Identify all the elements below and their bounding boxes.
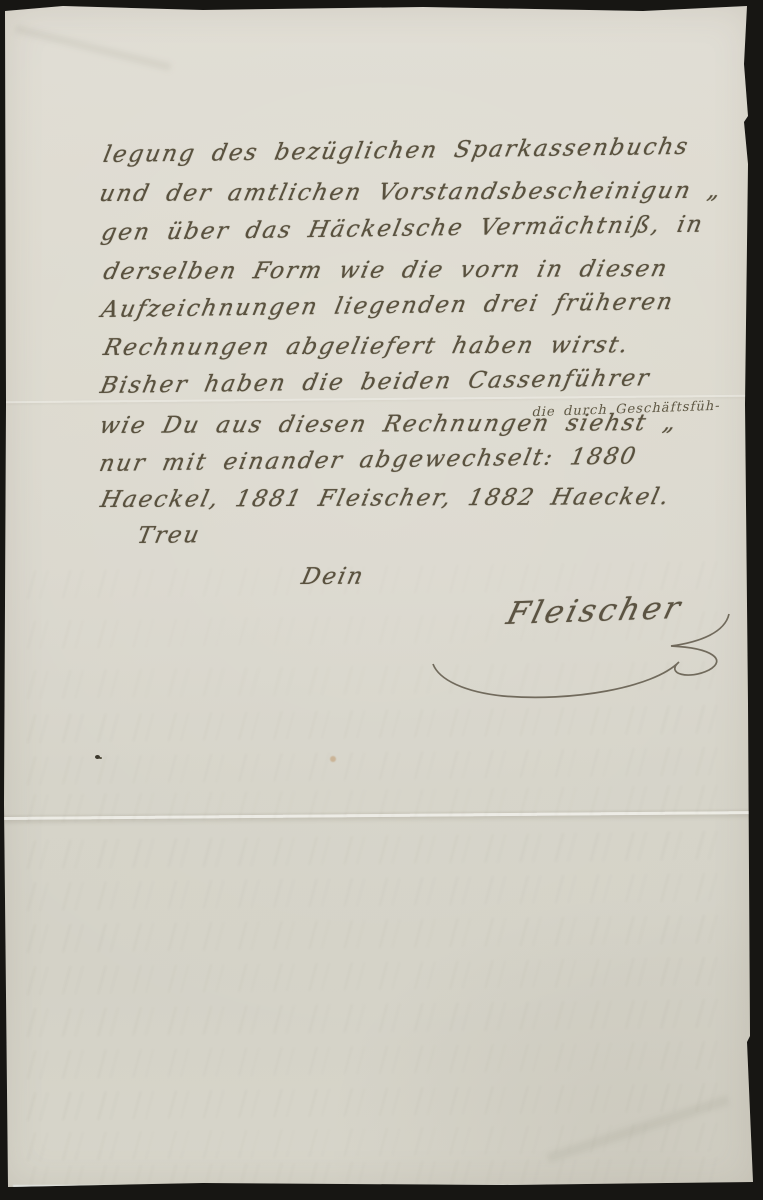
bleedthrough-row xyxy=(27,747,724,785)
signature-flourish-icon xyxy=(421,592,746,710)
handwritten-line: legung des bezüglichen Sparkassenbuchs xyxy=(101,134,692,168)
handwritten-line: wie Du aus diesen Rechnungen siehst „ xyxy=(97,410,680,439)
scanned-letter-page: legung des bezüglichen Sparkassenbuchs u… xyxy=(0,0,763,1200)
bleedthrough-row xyxy=(27,999,724,1037)
valediction: Treu xyxy=(135,522,203,549)
handwritten-line: nur mit einander abgewechselt: 1880 xyxy=(97,444,640,477)
bleedthrough-row xyxy=(27,915,724,953)
handwritten-line: Haeckel, 1881 Fleischer, 1882 Haeckel. xyxy=(98,484,673,513)
letter-paper: legung des bezüglichen Sparkassenbuchs u… xyxy=(3,4,754,1189)
paper-bottom-edge-highlight xyxy=(13,1185,740,1188)
handwritten-line: Aufzeichnungen liegenden drei früheren xyxy=(99,289,677,323)
paper-stain xyxy=(330,756,336,762)
bleedthrough-row xyxy=(27,705,724,743)
wrinkle-shadow xyxy=(14,25,171,71)
bleedthrough-row xyxy=(27,873,724,911)
ink-speck xyxy=(95,755,100,759)
handwritten-line: Bisher haben die beiden Cassenführer xyxy=(98,365,653,399)
handwritten-line: Rechnungen abgeliefert haben wirst. xyxy=(101,332,632,361)
handwritten-line: derselben Form wie die vorn in diesen xyxy=(101,256,671,285)
bleedthrough-row xyxy=(27,1083,724,1121)
closing-pronoun: Dein xyxy=(299,564,367,590)
bleedthrough-row xyxy=(27,957,724,995)
bleedthrough-row xyxy=(27,785,724,823)
bleedthrough-row xyxy=(27,831,724,869)
handwritten-line: gen über das Häckelsche Vermächtniß, in xyxy=(99,212,706,246)
handwritten-line: und der amtlichen Vorstandsbescheinigun … xyxy=(97,178,725,207)
bleedthrough-row xyxy=(27,1041,724,1079)
bleedthrough-row xyxy=(27,1157,724,1195)
